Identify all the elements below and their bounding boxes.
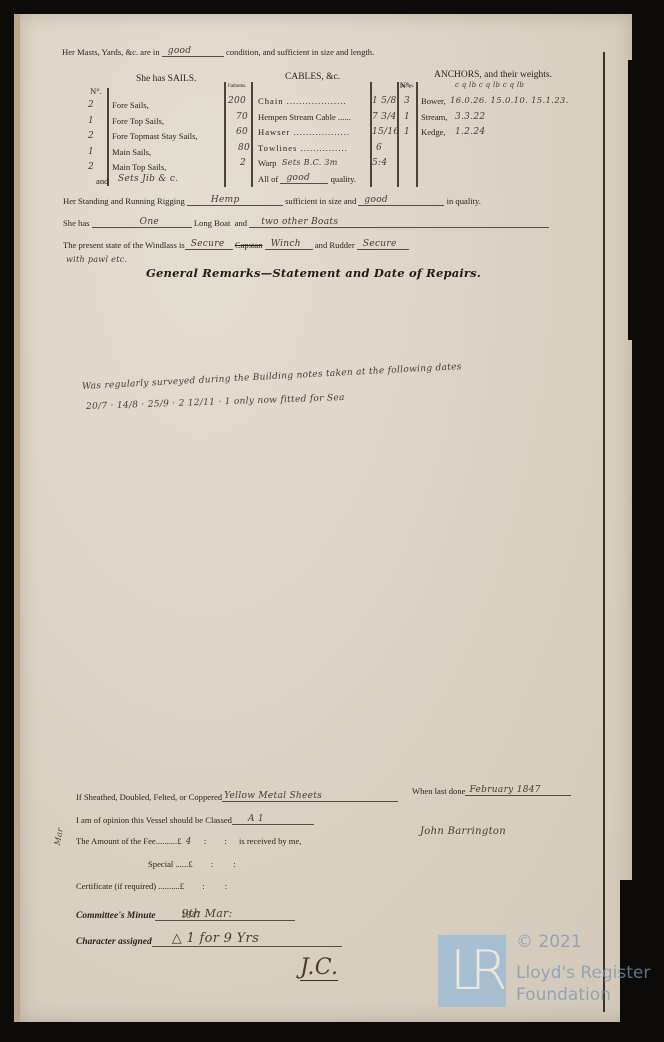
classification-line: I am of opinion this Vessel should be Cl… <box>76 814 314 825</box>
torn-edge <box>620 880 664 1040</box>
committee-minute-line: Committee's Minute9th Mar: 1847 <box>76 908 295 921</box>
cables-no-label: N°. <box>400 81 411 90</box>
sails-row: 1Main Sails, <box>84 147 224 163</box>
sails-and-value: Sets Jib & c. <box>118 174 178 184</box>
fee-line: The Amount of the Fee..........£ 4 : : i… <box>76 836 301 847</box>
fee-value: 4 <box>186 837 192 847</box>
cable-row: 60 Hawser .................. 15/16 1 <box>226 127 416 143</box>
cables-list: 200 Chain ................... 1 5/8 3 70… <box>226 96 416 174</box>
sails-no-label: N°. <box>90 86 102 96</box>
sails-row: 2Fore Sails, <box>84 100 224 116</box>
cables-all-of-line: All of good quality. <box>258 173 356 184</box>
cable-row: 70 Hempen Stream Cable ...... 7 3/4 1 <box>226 112 416 128</box>
watermark-org-line1: Lloyd's Register <box>516 963 650 983</box>
sails-row: 2Fore Topmast Stay Sails, <box>84 131 224 147</box>
cable-row: 80 Towlines ............... 6 <box>226 143 416 159</box>
committee-initials: J.C. <box>300 955 338 981</box>
sails-list: 2Fore Sails, 1Fore Top Sails, 2Fore Topm… <box>84 100 224 178</box>
lloyds-register-logo: LR <box>438 935 506 1007</box>
cables-header: CABLES, &c. <box>285 72 340 82</box>
anchor-row: Stream, 3.3.22 <box>400 112 600 128</box>
last-done-line: When last doneFebruary 1847 <box>412 785 571 796</box>
cable-row: 200 Chain ................... 1 5/8 3 <box>226 96 416 112</box>
anchor-row: Kedge, 1.2.24 <box>400 127 600 143</box>
sails-header: She has SAILS. <box>136 74 196 84</box>
masts-line: Her Masts, Yards, &c. are in good condit… <box>62 46 374 57</box>
masts-condition-value: good <box>168 46 192 56</box>
sheathing-line: If Sheathed, Doubled, Felted, or Coppere… <box>76 791 398 802</box>
rigging-line: Her Standing and Running Rigging Hemp su… <box>63 195 481 206</box>
windlass-note: with pawl etc. <box>66 255 127 264</box>
warp-value: Sets B.C. 3m <box>282 158 338 167</box>
certificate-fee-line: Certificate (if required) ..........£ :: <box>76 881 227 891</box>
anchor-row: Bower, 16.0.26. 15.0.10. 15.1.23. <box>400 96 600 112</box>
watermark-org-line2: Foundation <box>516 985 611 1005</box>
torn-edge <box>640 380 664 860</box>
anchors-weight-units: c q lb c q lb c q lb <box>455 81 524 89</box>
torn-edge <box>628 60 664 340</box>
surveyor-signature: John Barrington <box>420 826 506 837</box>
sails-row: 1Fore Top Sails, <box>84 116 224 132</box>
anchors-list: Bower, 16.0.26. 15.0.10. 15.1.23. Stream… <box>400 96 600 143</box>
sails-and-label: and <box>96 176 108 186</box>
watermark-copyright: © 2021 <box>516 932 582 952</box>
special-fee-line: Special ......£ :: <box>148 859 236 869</box>
cable-row: 2 Warp Sets B.C. 3m 5:4 <box>226 158 416 174</box>
right-margin-rule <box>603 52 605 1012</box>
windlass-line: The present state of the Windlass isSecu… <box>63 239 409 250</box>
boats-line: She has One Long Boat and two other Boat… <box>63 217 549 228</box>
character-assigned-line: Character assigned△ 1 for 9 Yrs <box>76 934 342 947</box>
fathoms-label: Fathoms. <box>228 84 246 89</box>
anchors-header: ANCHORS, and their weights. <box>434 70 552 80</box>
general-remarks-title: General Remarks—Statement and Date of Re… <box>146 266 481 280</box>
